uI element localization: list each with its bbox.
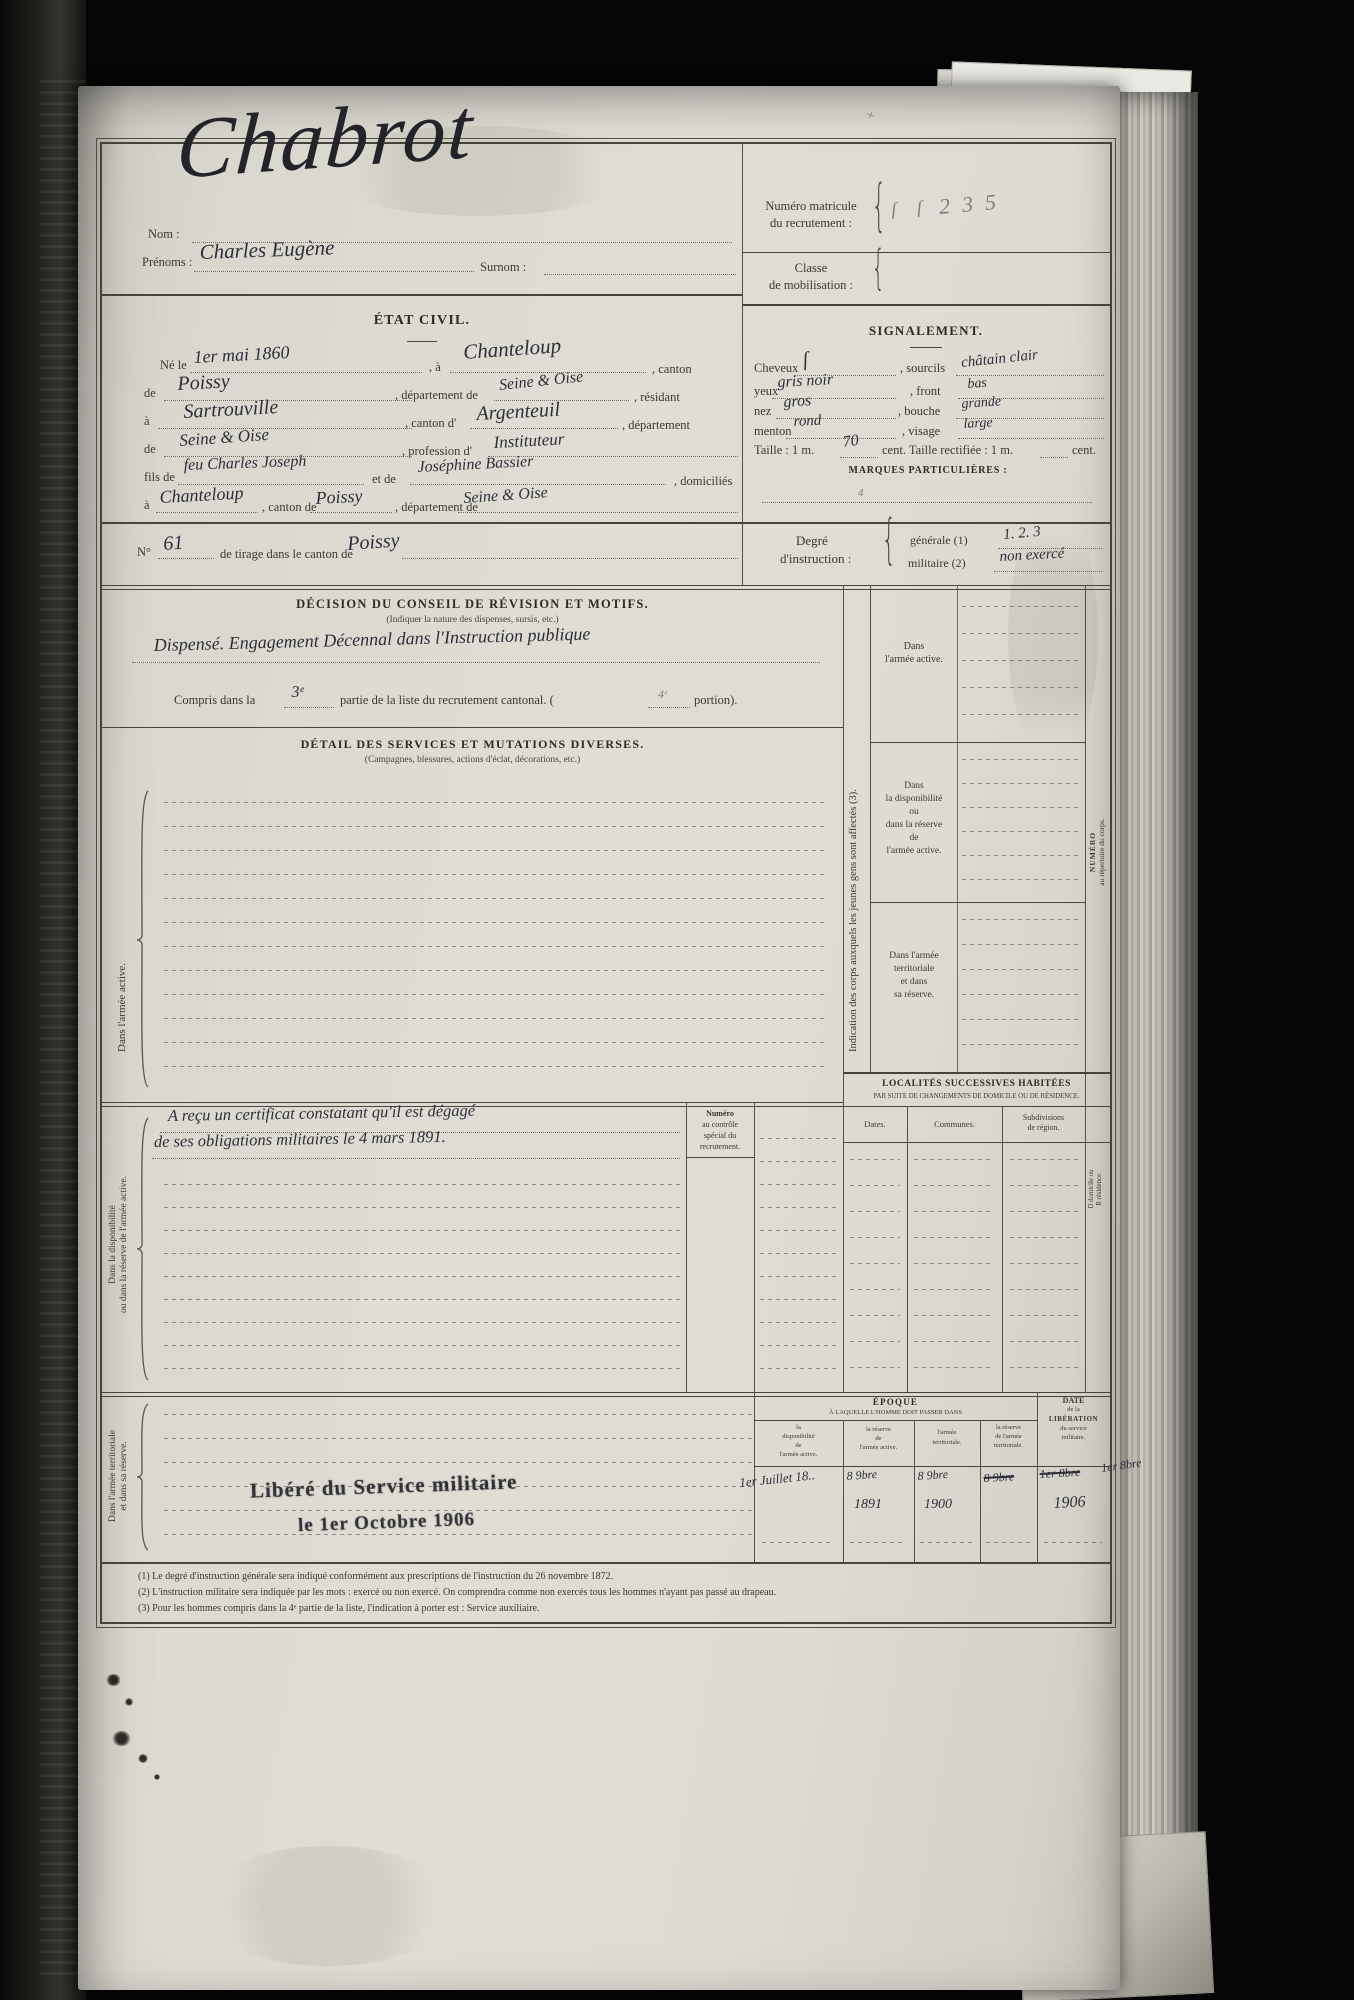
generale-label: générale (1) [910, 534, 968, 546]
ruled-line [850, 1185, 900, 1186]
paper-smudge [198, 1846, 458, 1966]
date-lib-l4: du service [1037, 1426, 1110, 1433]
tirage-canton-script: Poissy [347, 530, 400, 554]
residant-label: , résidant [634, 391, 680, 404]
rule [843, 1142, 1110, 1143]
dotted-line [158, 558, 214, 559]
departement2-label: , département [622, 419, 690, 432]
corps-box2-line4: dans la réserve [872, 821, 956, 831]
tall-brace [136, 1402, 150, 1552]
page-stack-edge [1116, 92, 1198, 1989]
dashed-entry-lines [986, 1542, 1031, 1548]
departement-residence-script: Seine & Oise [179, 426, 270, 449]
dashed-entry-lines [962, 919, 1082, 1049]
ruled-line [914, 1211, 994, 1212]
taille-label: Taille : 1 m. [754, 444, 814, 457]
ruled-line [164, 850, 828, 851]
domicile-parents-script: Chanteloup [159, 484, 244, 506]
corps-box3-line3: et dans [872, 978, 956, 988]
ruled-line [164, 1368, 680, 1369]
fils-de-label: fils de [144, 471, 175, 484]
ruled-line [962, 807, 1082, 808]
ruled-line [914, 1289, 994, 1290]
ruled-line [962, 633, 1082, 634]
epoque-title2: À LAQUELLE L'HOMME DOIT PASSER DANS [754, 1410, 1037, 1417]
dashed-entry-lines [762, 1542, 834, 1548]
ruled-line [986, 1542, 1031, 1543]
ruled-line [164, 1299, 680, 1300]
ruled-line [850, 1289, 900, 1290]
dotted-line [994, 571, 1102, 572]
footnote-1: (1) Le degré d'instruction générale sera… [138, 1572, 613, 1582]
ep-c1-l1: la [754, 1425, 843, 1432]
marques-label: MARQUES PARTICULIÈRES : [754, 466, 1102, 476]
ruled-line [760, 1161, 837, 1162]
front-label: , front [910, 385, 941, 398]
ink-stain [112, 1731, 131, 1746]
col-subdiv1: Subdivisions [1002, 1114, 1085, 1122]
ep-c4-l2: de l'armée [980, 1434, 1037, 1441]
ruled-line [962, 687, 1082, 688]
dr-line2: R résidence. [1096, 1119, 1104, 1259]
column-border [843, 585, 844, 1392]
domicilies-label: , domiciliés [674, 475, 732, 488]
corps-box1-line2: l'armée active. [872, 655, 956, 665]
ruled-lines [760, 1138, 837, 1390]
signalement-title: SIGNALEMENT. [742, 324, 1110, 337]
ruled-line [164, 946, 828, 947]
col-dates: Dates. [843, 1120, 907, 1129]
ruled-line [760, 1184, 837, 1185]
ruled-line [962, 994, 1082, 995]
ruled-line [962, 855, 1082, 856]
surnom-label: Surnom : [480, 261, 526, 274]
section-divider [102, 585, 1110, 590]
ep-entry-date-script: 1er 8bre [1039, 1466, 1080, 1480]
menton-label: menton [754, 425, 792, 438]
dr-line1: D domicile ou [1088, 1119, 1096, 1259]
column-border [957, 585, 958, 1072]
column-border [1085, 585, 1086, 1392]
dashed-entry-lines [920, 1542, 972, 1548]
title-dash [910, 347, 942, 348]
ep-c2-l2: de [843, 1436, 914, 1443]
ep-c4-l1: la réserve [980, 1425, 1037, 1432]
register-sheet: + Chabrot Nom : Prénoms : Charles Eugène… [78, 86, 1120, 1990]
ruled-lines [164, 1184, 680, 1394]
table-border [980, 1420, 981, 1562]
classe-label2: de mobilisation : [750, 279, 872, 292]
ep-c1-l4: l'armée active. [754, 1452, 843, 1459]
ink-stain [138, 1754, 148, 1763]
ep-c3-l1: l'armée [914, 1430, 980, 1437]
dotted-line [310, 512, 392, 513]
ruled-line [164, 1462, 752, 1463]
matricule-label: Numéro matricule [750, 200, 872, 213]
dashed-entry-lines [1044, 1542, 1102, 1548]
brace: { [872, 178, 886, 234]
ruled-line [1010, 1367, 1078, 1368]
controle-l1: Numéro [686, 1110, 754, 1118]
ep-c2-l1: la réserve [843, 1427, 914, 1434]
ruled-line [760, 1322, 837, 1323]
footnote-2: (2) L'instruction militaire sera indiqué… [138, 1588, 776, 1598]
ruled-line [164, 1322, 680, 1323]
tirage-mid-label: de tirage dans le canton de [220, 548, 353, 561]
controle-l3: spécial du [686, 1132, 754, 1140]
ruled-line [760, 1276, 837, 1277]
dashed-entry-lines [850, 1542, 906, 1548]
sourcils-label: , sourcils [900, 362, 945, 375]
ruled-line [164, 1042, 828, 1043]
rule [102, 294, 742, 296]
date-lib-l1: DATE [1037, 1397, 1110, 1405]
ruled-line [850, 1542, 906, 1543]
header-divider [742, 144, 743, 585]
ruled-line [164, 1230, 680, 1231]
matricule-value-script: 235 [938, 190, 1009, 218]
ruled-line [760, 1138, 837, 1139]
degre-label1: Degré [796, 534, 828, 547]
ruled-line [1010, 1289, 1078, 1290]
canton-residence-script: Argenteuil [476, 400, 561, 424]
ruled-line [164, 922, 828, 923]
taille-rectifiee-label: cent. Taille rectifiée : 1 m. [882, 444, 1013, 457]
nom-label: Nom : [148, 228, 180, 241]
ruled-line [164, 1253, 680, 1254]
ruled-line [760, 1207, 837, 1208]
ruled-line [914, 1341, 994, 1342]
dotted-line [544, 274, 736, 275]
ruled-line [1010, 1315, 1078, 1316]
column-border [870, 585, 871, 1072]
marques-mark-script: 4 [858, 488, 864, 499]
ruled-line [164, 826, 828, 827]
matricule-label2: du recrutement : [750, 217, 872, 230]
controle-box-border [754, 1102, 755, 1392]
rule [686, 1157, 754, 1158]
ne-le-label: Né le [160, 359, 187, 372]
ruled-line [1010, 1159, 1078, 1160]
corps-box2-line3: ou [872, 808, 956, 818]
ruled-line [760, 1345, 837, 1346]
indication-corps-rotated-label: Indication des corps auxquels les jeunes… [848, 789, 860, 1052]
ruled-line [164, 802, 828, 803]
dotted-line [194, 271, 474, 272]
col-communes: Communes. [907, 1120, 1002, 1129]
corps-box3-line4: sa réserve. [872, 991, 956, 1001]
dotted-line [840, 457, 878, 458]
ruled-line [1010, 1263, 1078, 1264]
rule [742, 304, 1110, 306]
ruled-line [962, 1019, 1082, 1020]
matricule-marks-script: ſ ſ [891, 197, 931, 218]
rule [870, 742, 1085, 743]
certificat-script-line1: A reçu un certificat constatant qu'il es… [168, 1103, 476, 1125]
matricule-form: Chabrot Nom : Prénoms : Charles Eugène S… [100, 142, 1112, 1624]
ep-entry-reserve-year-script: 1891 [854, 1498, 882, 1512]
corps-box3-line1: Dans l'armée [872, 952, 956, 962]
ruled-line [962, 783, 1082, 784]
menton-script: rond [793, 414, 822, 430]
rule [843, 1106, 1110, 1107]
ruled-line [760, 1253, 837, 1254]
portion-script: 4ᵉ [658, 688, 667, 700]
classe-label: Classe [750, 262, 872, 275]
controle-l2: au contrôle [686, 1121, 754, 1129]
ep-c3-l2: territoriale. [914, 1440, 980, 1447]
table-border [1002, 1106, 1003, 1392]
ruled-line [962, 944, 1082, 945]
repertoire-rotated-label: NUMÉRO au répertoire du corps. [1089, 702, 1106, 1002]
profession-script: Instituteur [493, 430, 565, 451]
visage-script: large [963, 416, 993, 432]
territoriale-margin-line2: et dans sa réserve. [119, 1396, 130, 1556]
corps-box1-line1: Dans [872, 642, 956, 652]
decision-subtitle: (Indiquer la nature des dispenses, sursi… [102, 616, 843, 626]
ruled-line [920, 1542, 972, 1543]
ruled-line [164, 1066, 828, 1067]
ruled-line [164, 1534, 752, 1535]
ruled-line [914, 1263, 994, 1264]
ruled-line [1010, 1185, 1078, 1186]
territoriale-margin-label: Dans l'armée territoriale et dans sa rés… [108, 1396, 130, 1556]
a-label: , à [429, 361, 441, 374]
ruled-line [164, 1414, 752, 1415]
ruled-line [164, 1018, 828, 1019]
date-naissance-script: 1er mai 1860 [193, 343, 290, 366]
ruled-line [164, 970, 828, 971]
corps-box2-line5: de [872, 834, 956, 844]
de2-label: de [144, 443, 156, 456]
dotted-line [284, 707, 334, 708]
corps-box2-line2: la disponibilité [872, 795, 956, 805]
ruled-lines [164, 802, 828, 1072]
compris-label-c: portion). [694, 694, 737, 707]
ruled-line [962, 879, 1082, 880]
dotted-line [762, 502, 1092, 503]
rule [102, 1562, 1110, 1564]
services-subtitle: (Campagnes, blessures, actions d'éclat, … [102, 756, 843, 766]
certificat-script-line2: de ses obligations militaires le 4 mars … [154, 1129, 446, 1151]
cent-label: cent. [1072, 444, 1096, 457]
ruled-line [850, 1315, 900, 1316]
ruled-line [164, 898, 828, 899]
domicile-residence-rotated-label: D domicile ou R résidence. [1088, 1119, 1104, 1259]
ruled-line [164, 1207, 680, 1208]
footnote-3: (3) Pour les hommes compris dans la 4ᵉ p… [138, 1604, 539, 1614]
ruled-line [760, 1368, 837, 1369]
dotted-line [152, 1158, 680, 1159]
residence-script: Sartrouville [183, 397, 279, 422]
ruled-line [962, 606, 1082, 607]
dashed-entry-lines [962, 606, 1082, 718]
title-dash [407, 341, 437, 342]
ruled-line [962, 969, 1082, 970]
decision-script: Dispensé. Engagement Décennal dans l'Ins… [154, 625, 591, 654]
territoriale-margin-line1: Dans l'armée territoriale [108, 1396, 119, 1556]
ruled-line [850, 1341, 900, 1342]
canton-de-label: , canton de [262, 501, 317, 514]
ruled-line [914, 1315, 994, 1316]
rule [742, 252, 1110, 253]
dotted-line [402, 558, 738, 559]
disponibilite-margin-line1: Dans la disponibilité [108, 1102, 119, 1387]
ep-entry-terr-year-script: 1900 [924, 1498, 952, 1512]
nez-label: nez [754, 405, 771, 418]
scanned-register-page: + Chabrot Nom : Prénoms : Charles Eugène… [0, 0, 1354, 2000]
armee-active-margin-label: Dans l'armée active. [116, 963, 129, 1052]
ruled-line [164, 1184, 680, 1185]
ruled-line [1010, 1237, 1078, 1238]
col-subdiv2: de région. [1002, 1124, 1085, 1132]
canton-d-label: , canton d' [405, 417, 456, 430]
dotted-line [958, 438, 1104, 439]
ruled-line [962, 919, 1082, 920]
localites-title2: PAR SUITE DE CHANGEMENTS DE DOMICILE OU … [843, 1094, 1110, 1101]
numero-tirage-script: 61 [163, 533, 184, 554]
dashed-entry-lines [914, 1159, 994, 1375]
ep-c1-l3: de [754, 1443, 843, 1450]
departement-label: , département de [395, 389, 478, 402]
rule [754, 1420, 1037, 1421]
dotted-line [132, 662, 820, 663]
ruled-line [164, 1276, 680, 1277]
localites-title1: LOCALITÉS SUCCESSIVES HABITÉES [843, 1080, 1110, 1090]
canton-naissance-script: Poissy [177, 371, 230, 394]
tall-brace [136, 1116, 150, 1382]
ruled-line [914, 1367, 994, 1368]
cheveux-script: ſ [801, 349, 809, 370]
tall-brace [136, 789, 150, 1089]
a2-label: à [144, 415, 150, 428]
dotted-line [156, 512, 258, 513]
ruled-line [962, 714, 1082, 715]
canton-parents-script: Poissy [315, 487, 363, 507]
ruled-line [850, 1263, 900, 1264]
de-label: de [144, 387, 156, 400]
compris-partie-script: 3ᵉ [291, 684, 304, 701]
controle-l4: recrutement. [686, 1143, 754, 1151]
corps-box2-line1: Dans [872, 782, 956, 792]
ink-stain [154, 1774, 160, 1780]
ruled-line [962, 759, 1082, 760]
ruled-line [1044, 1542, 1102, 1543]
brace: { [882, 513, 896, 566]
ruled-line [762, 1542, 834, 1543]
ink-stain [125, 1698, 133, 1706]
corps-box3-line2: territoriale [872, 965, 956, 975]
numero-tirage-label: N° [137, 546, 151, 559]
generale-script: 1. 2. 3 [1003, 525, 1042, 543]
ruled-line [914, 1159, 994, 1160]
ruled-line [760, 1299, 837, 1300]
ruled-line [850, 1159, 900, 1160]
yeux-script: gris noir [777, 372, 833, 391]
rule [870, 902, 1085, 903]
ruled-line [1010, 1341, 1078, 1342]
ep-entry-reserve-script: 8 9bre [846, 1468, 877, 1482]
disponibilite-margin-label: Dans la disponibilité ou dans la réserve… [108, 1102, 130, 1387]
section-divider [102, 1392, 1110, 1397]
ep-c2-l3: l'armée active. [843, 1445, 914, 1452]
et-de-label: et de [372, 473, 396, 486]
bouche-label: , bouche [898, 405, 940, 418]
dotted-line [470, 428, 618, 429]
ruled-line [164, 1438, 752, 1439]
dashed-entry-lines [1010, 1159, 1078, 1375]
front-script: bas [967, 377, 987, 392]
profession-label: , profession d' [402, 445, 472, 458]
ruled-line [914, 1185, 994, 1186]
militaire-script: non exercé [999, 547, 1065, 565]
etat-civil-title: ÉTAT CIVIL. [102, 314, 742, 328]
dashed-entry-lines [850, 1159, 900, 1375]
ruled-line [1010, 1211, 1078, 1212]
departement-parents-script: Seine & Oise [463, 485, 548, 507]
brace: { [872, 246, 885, 293]
rule [102, 522, 1110, 524]
services-title: DÉTAIL DES SERVICES ET MUTATIONS DIVERSE… [102, 738, 843, 750]
dashed-entry-lines [962, 759, 1082, 884]
dotted-line [648, 707, 690, 708]
degre-label2: d'instruction : [780, 552, 851, 565]
ink-stain [106, 1674, 121, 1686]
date-lib-l5: militaire. [1037, 1435, 1110, 1442]
rule [843, 1072, 1110, 1074]
disponibilite-margin-line2: ou dans la réserve de l'armée active. [119, 1102, 130, 1387]
compris-label-b: partie de la liste du recrutement canton… [340, 694, 554, 707]
date-lib-l3: LIBÉRATION [1037, 1416, 1110, 1423]
corps-box2-line6: l'armée active. [872, 847, 956, 857]
canton-label: , canton [652, 363, 692, 376]
ruled-line [164, 1345, 680, 1346]
ep-c4-l3: territoriale. [980, 1443, 1037, 1450]
ep-c1-l2: disponibilité [754, 1434, 843, 1441]
decision-title: DÉCISION DU CONSEIL DE RÉVISION ET MOTIF… [102, 598, 843, 611]
ruled-line [850, 1211, 900, 1212]
dotted-line [1040, 457, 1068, 458]
prenoms-value-script: Charles Eugène [199, 237, 334, 263]
table-border [907, 1106, 908, 1392]
nez-script: gros [783, 393, 812, 411]
rule [102, 727, 843, 728]
militaire-label: militaire (2) [908, 557, 966, 569]
dotted-line [458, 512, 738, 513]
sourcils-script: châtain clair [960, 348, 1038, 371]
ep-entry-res-terr-script: 8 9bre [983, 1470, 1014, 1484]
bouche-script: grande [961, 395, 1002, 412]
ruled-line [962, 1044, 1082, 1045]
date-lib-l2: de la [1037, 1407, 1110, 1414]
nom-value-script: Chabrot [174, 85, 477, 192]
compris-label-a: Compris dans la [174, 694, 255, 707]
ep-entry-date-year-script: 1906 [1053, 1494, 1086, 1512]
ruled-line [962, 660, 1082, 661]
yeux-label: yeux [754, 385, 778, 398]
lieu-naissance-script: Chanteloup [463, 335, 562, 363]
epoque-title1: ÉPOQUE [754, 1398, 1037, 1407]
taille-script: 70 [842, 433, 860, 451]
ruled-line [164, 994, 828, 995]
pere-script: feu Charles Joseph [183, 454, 306, 474]
ruled-line [760, 1230, 837, 1231]
ruled-line [850, 1237, 900, 1238]
ruled-line [962, 831, 1082, 832]
ruled-line [914, 1237, 994, 1238]
ep-entry-terr-script: 8 9bre [917, 1468, 948, 1482]
mere-script: Joséphine Bassier [417, 454, 534, 476]
